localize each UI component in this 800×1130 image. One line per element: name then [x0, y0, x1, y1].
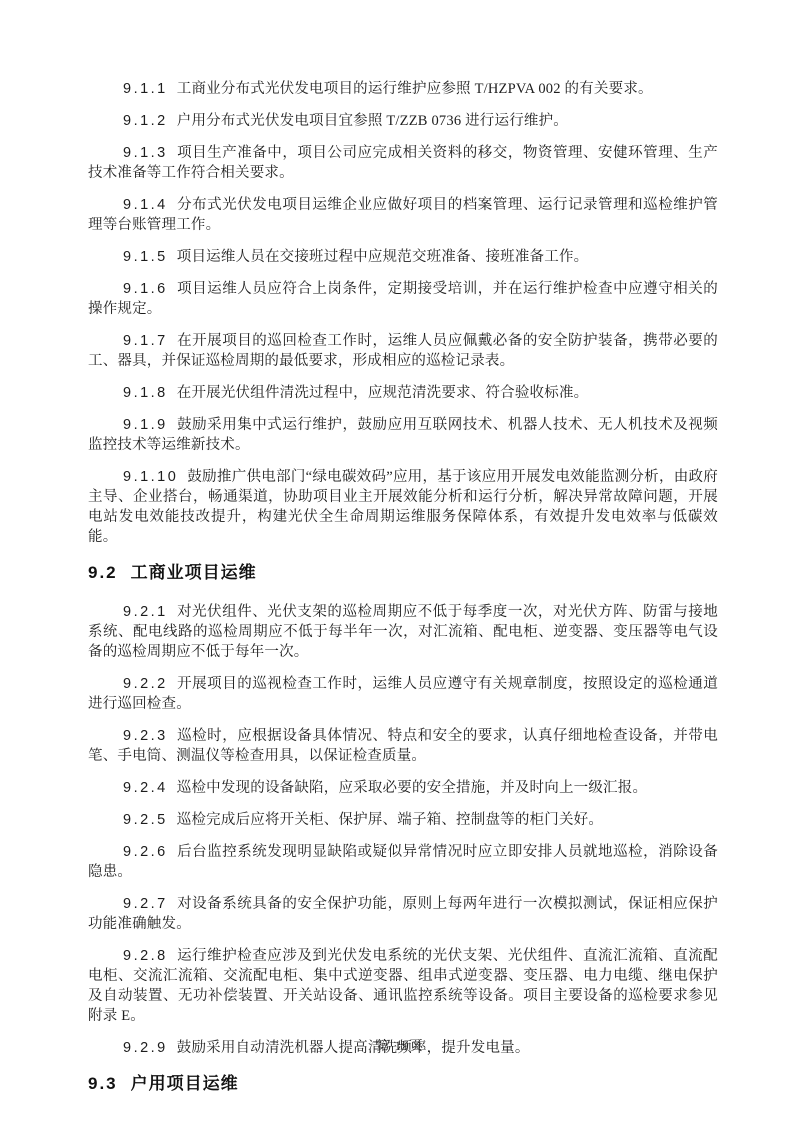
clause-text: 对光伏组件、光伏支架的巡检周期应不低于每季度一次，对光伏方阵、防雷与接地系统、配…	[88, 604, 718, 660]
clause-number: 9.1.7	[123, 333, 168, 349]
clause-9-2-4: 9.2.4巡检中发现的设备缺陷，应采取必要的安全措施，并及时向上一级汇报。	[88, 778, 718, 798]
clause-9-2-8: 9.2.8运行维护检查应涉及到光伏发电系统的光伏支架、光伏组件、直流汇流箱、直流…	[88, 946, 718, 1026]
clause-9-2-7: 9.2.7对设备系统具备的安全保护功能，原则上每两年进行一次模拟测试，保证相应保…	[88, 894, 718, 934]
clause-9-1-3: 9.1.3项目生产准备中，项目公司应完成相关资料的移交，物资管理、安健环管理、生…	[88, 143, 718, 183]
clause-number: 9.1.2	[123, 113, 168, 129]
section-number: 9.3	[88, 1074, 118, 1093]
clause-text: 项目生产准备中，项目公司应完成相关资料的移交，物资管理、安健环管理、生产技术准备…	[88, 145, 718, 181]
clause-text: 项目运维人员应符合上岗条件，定期接受培训，并在运行维护检查中应遵守相关的操作规定…	[88, 281, 718, 317]
clause-number: 9.1.9	[123, 417, 168, 433]
clause-9-2-1: 9.2.1对光伏组件、光伏支架的巡检周期应不低于每季度一次，对光伏方阵、防雷与接…	[88, 602, 718, 662]
clause-number: 9.1.10	[123, 469, 178, 485]
clause-text: 鼓励推广供电部门“绿电碳效码”应用，基于该应用开展发电效能监测分析，由政府主导、…	[88, 469, 718, 545]
clause-9-2-2: 9.2.2开展项目的巡视检查工作时，运维人员应遵守有关规章制度，按照设定的巡检通…	[88, 674, 718, 714]
clause-9-1-1: 9.1.1工商业分布式光伏发电项目的运行维护应参照 T/HZPVA 002 的有…	[88, 79, 718, 99]
page-number: 第 19页	[0, 1035, 800, 1054]
clause-number: 9.1.3	[123, 145, 168, 161]
clause-text: 巡检中发现的设备缺陷，应采取必要的安全措施，并及时向上一级汇报。	[177, 780, 647, 796]
clause-9-2-3: 9.2.3巡检时，应根据设备具体情况、特点和安全的要求，认真仔细地检查设备，并带…	[88, 726, 718, 766]
clause-text: 在开展项目的巡回检查工作时，运维人员应佩戴必备的安全防护装备，携带必要的工、器具…	[88, 333, 718, 369]
clause-9-2-5: 9.2.5巡检完成后应将开关柜、保护屏、端子箱、控制盘等的柜门关好。	[88, 810, 718, 830]
section-heading-9-3: 9.3户用项目运维	[88, 1072, 718, 1096]
clause-9-2-6: 9.2.6后台监控系统发现明显缺陷或疑似异常情况时应立即安排人员就地巡检，消除设…	[88, 842, 718, 882]
clause-9-1-6: 9.1.6项目运维人员应符合上岗条件，定期接受培训，并在运行维护检查中应遵守相关…	[88, 279, 718, 319]
clause-number: 9.2.4	[123, 780, 168, 796]
clause-text: 户用分布式光伏发电项目宜参照 T/ZZB 0736 进行运行维护。	[177, 113, 568, 129]
clause-text: 在开展光伏组件清洗过程中，应规范清洗要求、符合验收标准。	[177, 385, 589, 401]
clause-number: 9.2.1	[123, 604, 168, 620]
section-title: 工商业项目运维	[131, 563, 257, 582]
clause-text: 分布式光伏发电项目运维企业应做好项目的档案管理、运行记录管理和巡检维护管理等台账…	[88, 197, 718, 233]
clause-text: 巡检完成后应将开关柜、保护屏、端子箱、控制盘等的柜门关好。	[177, 812, 603, 828]
clause-number: 9.1.5	[123, 249, 168, 265]
clause-text: 后台监控系统发现明显缺陷或疑似异常情况时应立即安排人员就地巡检，消除设备隐患。	[88, 844, 718, 880]
clause-9-1-10: 9.1.10鼓励推广供电部门“绿电碳效码”应用，基于该应用开展发电效能监测分析，…	[88, 467, 718, 547]
clause-number: 9.1.6	[123, 281, 168, 297]
clause-number: 9.2.6	[123, 844, 168, 860]
clause-number: 9.1.1	[123, 81, 168, 97]
clause-number: 9.2.8	[123, 948, 168, 964]
clause-text: 运行维护检查应涉及到光伏发电系统的光伏支架、光伏组件、直流汇流箱、直流配电柜、交…	[88, 948, 718, 1024]
clause-text: 工商业分布式光伏发电项目的运行维护应参照 T/HZPVA 002 的有关要求。	[177, 81, 653, 97]
section-heading-9-2: 9.2工商业项目运维	[88, 561, 718, 585]
clause-text: 项目运维人员在交接班过程中应规范交班准备、接班准备工作。	[177, 249, 589, 265]
document-content: 9.1.1工商业分布式光伏发电项目的运行维护应参照 T/HZPVA 002 的有…	[0, 0, 800, 1096]
section-number: 9.2	[88, 563, 118, 582]
clause-number: 9.2.2	[123, 676, 168, 692]
clause-text: 巡检时，应根据设备具体情况、特点和安全的要求，认真仔细地检查设备，并带电笔、手电…	[88, 728, 718, 764]
clause-text: 对设备系统具备的安全保护功能，原则上每两年进行一次模拟测试，保证相应保护功能准确…	[88, 896, 718, 932]
section-title: 户用项目运维	[131, 1074, 239, 1093]
clause-9-1-8: 9.1.8在开展光伏组件清洗过程中，应规范清洗要求、符合验收标准。	[88, 383, 718, 403]
clause-number: 9.2.3	[123, 728, 168, 744]
clause-9-1-5: 9.1.5项目运维人员在交接班过程中应规范交班准备、接班准备工作。	[88, 247, 718, 267]
clause-9-1-7: 9.1.7在开展项目的巡回检查工作时，运维人员应佩戴必备的安全防护装备，携带必要…	[88, 331, 718, 371]
clause-text: 开展项目的巡视检查工作时，运维人员应遵守有关规章制度，按照设定的巡检通道进行巡回…	[88, 676, 718, 712]
clause-number: 9.1.4	[123, 197, 168, 213]
clause-number: 9.2.5	[123, 812, 168, 828]
clause-number: 9.2.7	[123, 896, 168, 912]
clause-9-1-2: 9.1.2户用分布式光伏发电项目宜参照 T/ZZB 0736 进行运行维护。	[88, 111, 718, 131]
clause-9-1-9: 9.1.9鼓励采用集中式运行维护，鼓励应用互联网技术、机器人技术、无人机技术及视…	[88, 415, 718, 455]
clause-text: 鼓励采用集中式运行维护，鼓励应用互联网技术、机器人技术、无人机技术及视频监控技术…	[88, 417, 718, 453]
clause-number: 9.1.8	[123, 385, 168, 401]
clause-9-1-4: 9.1.4分布式光伏发电项目运维企业应做好项目的档案管理、运行记录管理和巡检维护…	[88, 195, 718, 235]
document-page: 9.1.1工商业分布式光伏发电项目的运行维护应参照 T/HZPVA 002 的有…	[0, 0, 800, 1130]
